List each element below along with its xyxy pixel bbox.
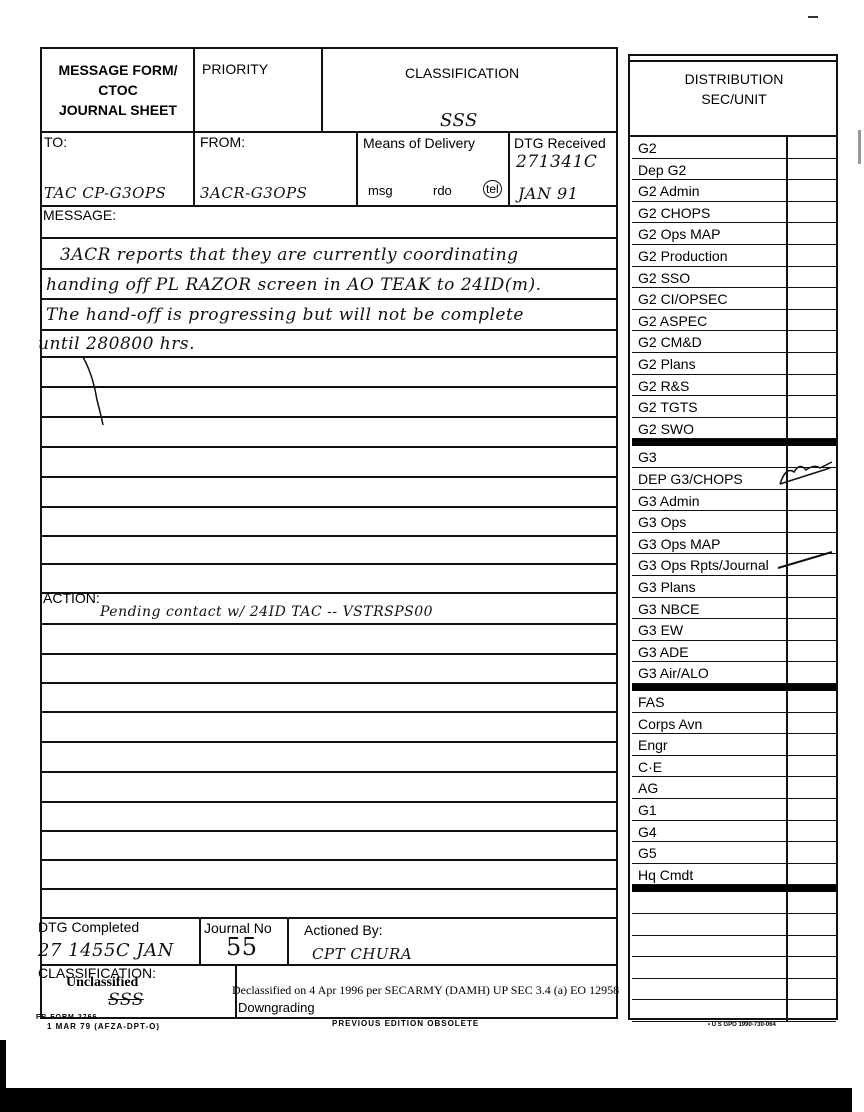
rule-line bbox=[40, 416, 618, 418]
priority-label: PRIORITY bbox=[202, 61, 268, 77]
distribution-row[interactable]: G3 Ops bbox=[632, 511, 836, 533]
distribution-check-cell[interactable] bbox=[786, 245, 836, 266]
distribution-row[interactable]: G2 Admin bbox=[632, 180, 836, 202]
distribution-check-cell[interactable] bbox=[786, 842, 836, 863]
actioned-by-field[interactable]: CPT CHURA bbox=[312, 945, 412, 963]
distribution-row[interactable]: G2 ASPEC bbox=[632, 310, 836, 332]
rule-line bbox=[40, 888, 618, 890]
classification-footer-hand[interactable]: SSS bbox=[108, 990, 144, 1010]
distribution-row[interactable]: G2 Ops MAP bbox=[632, 223, 836, 245]
means-option-msg[interactable]: msg bbox=[368, 183, 393, 198]
distribution-header: DISTRIBUTION SEC/UNIT bbox=[632, 69, 836, 109]
rule-line bbox=[40, 506, 618, 508]
distribution-check-cell[interactable] bbox=[786, 202, 836, 223]
distribution-row-label: G2 ASPEC bbox=[638, 313, 707, 329]
rule-line bbox=[40, 268, 618, 270]
distribution-check-cell[interactable] bbox=[786, 756, 836, 777]
divider bbox=[193, 131, 195, 205]
form-title-line: MESSAGE FORM/ bbox=[44, 60, 192, 80]
means-option-rdo[interactable]: rdo bbox=[433, 183, 452, 198]
distribution-row[interactable]: G2 Production bbox=[632, 245, 836, 267]
dtg-received-month[interactable]: JAN 91 bbox=[518, 184, 578, 203]
distribution-row[interactable]: C·E bbox=[632, 756, 836, 778]
distribution-check-cell[interactable] bbox=[786, 777, 836, 798]
distribution-row-label: G3 EW bbox=[638, 622, 683, 638]
divider bbox=[321, 47, 323, 133]
distribution-check-cell[interactable] bbox=[786, 598, 836, 619]
distribution-row[interactable] bbox=[632, 1000, 836, 1022]
distribution-row-label: G2 CM&D bbox=[638, 334, 702, 350]
left-edge bbox=[0, 1040, 6, 1090]
distribution-header-line: DISTRIBUTION bbox=[632, 69, 836, 89]
distribution-row[interactable]: G2 R&S bbox=[632, 375, 836, 397]
distribution-check-cell[interactable] bbox=[786, 396, 836, 417]
distribution-check-cell[interactable] bbox=[786, 641, 836, 662]
classification-label: CLASSIFICATION bbox=[405, 65, 519, 81]
divider bbox=[628, 60, 838, 62]
distribution-row[interactable]: AG bbox=[632, 777, 836, 799]
to-field[interactable]: TAC CP-G3OPS bbox=[44, 184, 166, 202]
distribution-row-label: G2 Production bbox=[638, 248, 728, 264]
action-label: ACTION: bbox=[43, 590, 100, 606]
distribution-check-cell[interactable] bbox=[786, 713, 836, 734]
distribution-check-cell[interactable] bbox=[786, 864, 836, 885]
message-line[interactable]: The hand-off is progressing but will not… bbox=[46, 305, 524, 325]
distribution-check-cell[interactable] bbox=[786, 1000, 836, 1021]
rule-line bbox=[40, 535, 618, 537]
distribution-row[interactable]: Corps Avn bbox=[632, 713, 836, 735]
distribution-row-label: G2 SWO bbox=[638, 421, 694, 437]
distribution-check-cell[interactable] bbox=[786, 511, 836, 532]
classification-footer-value: Unclassified bbox=[66, 975, 138, 991]
annotation-stroke-icon bbox=[75, 355, 115, 430]
divider bbox=[40, 131, 618, 133]
from-field[interactable]: 3ACR-G3OPS bbox=[200, 184, 307, 202]
distribution-row[interactable]: G2 Plans bbox=[632, 353, 836, 375]
declassified-note: Declassified on 4 Apr 1996 per SECARMY (… bbox=[232, 983, 619, 998]
distribution-row-label: G2 TGTS bbox=[638, 399, 698, 415]
distribution-check-cell[interactable] bbox=[786, 979, 836, 1000]
distribution-row[interactable]: Dep G2 bbox=[632, 159, 836, 181]
distribution-row-label: G5 bbox=[638, 845, 657, 861]
distribution-row[interactable] bbox=[632, 914, 836, 936]
dtg-received-label: DTG Received bbox=[514, 135, 606, 151]
distribution-row-label: AG bbox=[638, 780, 658, 796]
distribution-check-cell[interactable] bbox=[786, 936, 836, 957]
form-title: MESSAGE FORM/ CTOC JOURNAL SHEET bbox=[44, 60, 192, 120]
distribution-check-cell[interactable] bbox=[786, 490, 836, 511]
rule-line bbox=[40, 446, 618, 448]
distribution-row[interactable]: Engr bbox=[632, 734, 836, 756]
distribution-row[interactable]: G3 Air/ALO bbox=[632, 662, 836, 684]
dtg-received-field[interactable]: 271341C bbox=[516, 152, 597, 172]
distribution-check-cell[interactable] bbox=[786, 159, 836, 180]
rule-line bbox=[40, 653, 618, 655]
distribution-header-line: SEC/UNIT bbox=[632, 89, 836, 109]
distribution-row-label: G2 CI/OPSEC bbox=[638, 291, 727, 307]
distribution-row-label: G3 NBCE bbox=[638, 601, 699, 617]
distribution-check-cell[interactable] bbox=[786, 310, 836, 331]
distribution-row[interactable]: Hq Cmdt bbox=[632, 864, 836, 886]
distribution-check-cell[interactable] bbox=[786, 267, 836, 288]
journal-no-field[interactable]: 55 bbox=[226, 933, 258, 961]
rule-line bbox=[40, 711, 618, 713]
checkmark-icon bbox=[776, 548, 836, 570]
distribution-check-cell[interactable] bbox=[786, 137, 836, 158]
distribution-row[interactable]: G2 CHOPS bbox=[632, 202, 836, 224]
distribution-row-label: G2 Ops MAP bbox=[638, 226, 720, 242]
distribution-row-label: G3 bbox=[638, 449, 657, 465]
rule-line bbox=[40, 830, 618, 832]
distribution-check-cell[interactable] bbox=[786, 691, 836, 712]
distribution-row[interactable]: G1 bbox=[632, 799, 836, 821]
distribution-row[interactable]: G5 bbox=[632, 842, 836, 864]
distribution-row-label: G3 Admin bbox=[638, 493, 699, 509]
form-title-line: JOURNAL SHEET bbox=[44, 100, 192, 120]
rule-line bbox=[40, 356, 618, 358]
distribution-row[interactable]: G2 SSO bbox=[632, 267, 836, 289]
distribution-row[interactable]: G2 SWO bbox=[632, 418, 836, 440]
distribution-row-label: G1 bbox=[638, 802, 657, 818]
distribution-check-cell[interactable] bbox=[786, 375, 836, 396]
form-number: FB FORM 2766 bbox=[36, 1014, 97, 1021]
distribution-row[interactable]: FAS bbox=[632, 691, 836, 713]
rule-line bbox=[40, 386, 618, 388]
rule-line bbox=[40, 329, 618, 331]
distribution-row-label: G3 Plans bbox=[638, 579, 696, 595]
rule-line bbox=[40, 563, 618, 565]
distribution-row[interactable]: G3 NBCE bbox=[632, 598, 836, 620]
distribution-check-cell[interactable] bbox=[786, 331, 836, 352]
scan-mark bbox=[858, 130, 861, 164]
distribution-row[interactable]: G2 bbox=[632, 137, 836, 159]
distribution-row-label: FAS bbox=[638, 694, 664, 710]
distribution-check-cell[interactable] bbox=[786, 576, 836, 597]
distribution-row[interactable]: G3 EW bbox=[632, 619, 836, 641]
divider bbox=[40, 205, 618, 207]
section-divider bbox=[632, 684, 836, 691]
downgrading-label: Downgrading bbox=[238, 1000, 315, 1015]
distribution-row[interactable] bbox=[632, 957, 836, 979]
form-date: 1 MAR 79 (AFZA-DPT-O) bbox=[47, 1022, 160, 1031]
message-line[interactable]: 3ACR reports that they are currently coo… bbox=[60, 245, 519, 265]
section-divider bbox=[632, 885, 836, 892]
distribution-row[interactable]: G2 CM&D bbox=[632, 331, 836, 353]
distribution-check-cell[interactable] bbox=[786, 821, 836, 842]
gpo-note: • U S GPO 1990-730-064 bbox=[708, 1022, 776, 1028]
means-option-tel[interactable]: tel bbox=[483, 180, 502, 198]
distribution-row-label: Corps Avn bbox=[638, 716, 702, 732]
distribution-check-cell[interactable] bbox=[786, 619, 836, 640]
distribution-row-label: G2 CHOPS bbox=[638, 205, 710, 221]
distribution-row-label: G4 bbox=[638, 824, 657, 840]
rule-line bbox=[40, 476, 618, 478]
scan-mark bbox=[808, 16, 818, 18]
distribution-row[interactable]: G2 TGTS bbox=[632, 396, 836, 418]
distribution-check-cell[interactable] bbox=[786, 353, 836, 374]
distribution-row[interactable]: G2 CI/OPSEC bbox=[632, 288, 836, 310]
distribution-row-label: Dep G2 bbox=[638, 162, 686, 178]
distribution-row-label: G3 Air/ALO bbox=[638, 665, 709, 681]
distribution-row-label: G2 Admin bbox=[638, 183, 699, 199]
distribution-check-cell[interactable] bbox=[786, 734, 836, 755]
rule-line bbox=[40, 623, 618, 625]
distribution-check-cell[interactable] bbox=[786, 892, 836, 913]
section-divider bbox=[632, 439, 836, 446]
rule-line bbox=[40, 801, 618, 803]
distribution-row-label: Engr bbox=[638, 737, 668, 753]
distribution-check-cell[interactable] bbox=[786, 223, 836, 244]
distribution-check-cell[interactable] bbox=[786, 662, 836, 683]
action-field[interactable]: Pending contact w/ 24ID TAC -- VSTRSPS00 bbox=[100, 604, 433, 620]
distribution-check-cell[interactable] bbox=[786, 180, 836, 201]
distribution-check-cell[interactable] bbox=[786, 799, 836, 820]
to-label: TO: bbox=[44, 134, 67, 150]
previous-edition-note: PREVIOUS EDITION OBSOLETE bbox=[332, 1019, 479, 1028]
divider bbox=[356, 131, 358, 205]
distribution-row-label: G2 R&S bbox=[638, 378, 689, 394]
divider bbox=[199, 917, 201, 965]
message-line[interactable]: handing off PL RAZOR screen in AO TEAK t… bbox=[46, 275, 542, 295]
rule-line bbox=[40, 237, 618, 239]
distribution-check-cell[interactable] bbox=[786, 914, 836, 935]
message-label: MESSAGE: bbox=[43, 207, 116, 223]
distribution-row-label: C·E bbox=[638, 759, 662, 775]
bottom-bar bbox=[0, 1088, 852, 1112]
distribution-row[interactable] bbox=[632, 892, 836, 914]
distribution-row[interactable]: G3 Plans bbox=[632, 576, 836, 598]
distribution-row[interactable] bbox=[632, 936, 836, 958]
distribution-row-label: G2 SSO bbox=[638, 270, 690, 286]
divider bbox=[508, 131, 510, 205]
distribution-row-label: G3 Ops Rpts/Journal bbox=[638, 557, 769, 573]
actioned-by-label: Actioned By: bbox=[304, 922, 383, 938]
distribution-row-label: DEP G3/CHOPS bbox=[638, 471, 743, 487]
rule-line bbox=[40, 771, 618, 773]
from-label: FROM: bbox=[200, 134, 245, 150]
message-line[interactable]: until 280800 hrs. bbox=[38, 334, 195, 354]
rule-line bbox=[40, 741, 618, 743]
distribution-row-label: G3 ADE bbox=[638, 644, 689, 660]
distribution-row-label: G2 Plans bbox=[638, 356, 696, 372]
divider bbox=[287, 917, 289, 965]
rule-line bbox=[40, 682, 618, 684]
distribution-row-label: G2 bbox=[638, 140, 657, 156]
distribution-check-cell[interactable] bbox=[786, 418, 836, 439]
distribution-row-label: G3 Ops MAP bbox=[638, 536, 720, 552]
dtg-completed-label: DTG Completed bbox=[38, 919, 139, 935]
classification-value[interactable]: SSS bbox=[440, 110, 478, 131]
checkmark-icon bbox=[770, 452, 834, 492]
form-title-line: CTOC bbox=[44, 80, 192, 100]
rule-line bbox=[40, 298, 618, 300]
dtg-completed-field[interactable]: 27 1455C JAN bbox=[38, 940, 174, 961]
rule-line bbox=[40, 859, 618, 861]
means-of-delivery-label: Means of Delivery bbox=[363, 135, 475, 151]
distribution-check-cell[interactable] bbox=[786, 957, 836, 978]
distribution-row[interactable]: G3 ADE bbox=[632, 641, 836, 663]
rule-line bbox=[40, 592, 618, 594]
divider bbox=[193, 47, 195, 133]
distribution-check-cell[interactable] bbox=[786, 288, 836, 309]
distribution-row[interactable] bbox=[632, 979, 836, 1001]
distribution-row[interactable]: G4 bbox=[632, 821, 836, 843]
distribution-row[interactable]: G3 Admin bbox=[632, 490, 836, 512]
distribution-row-label: Hq Cmdt bbox=[638, 867, 693, 883]
distribution-row-label: G3 Ops bbox=[638, 514, 686, 530]
